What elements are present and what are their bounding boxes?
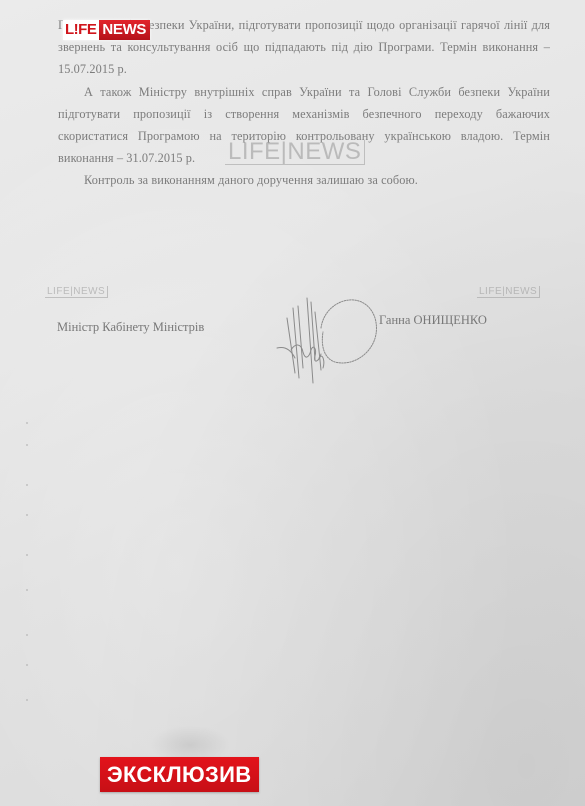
lifenews-logo: L!FE NEWS xyxy=(63,20,150,40)
signatory-name: Ганна ОНИЩЕНКО xyxy=(379,313,487,328)
handwritten-signature-icon xyxy=(265,288,385,388)
watermark-center: LIFE|NEWS xyxy=(225,140,365,165)
watermark-right: LIFE|NEWS xyxy=(477,286,540,298)
logo-news-text: NEWS xyxy=(99,20,150,40)
exclusive-badge: ЭКСКЛЮЗИВ xyxy=(100,757,259,792)
binding-holes-icon xyxy=(24,415,30,715)
logo-life-text: L!FE xyxy=(63,20,99,40)
signatory-title: Міністр Кабінету Міністрів xyxy=(57,320,204,335)
watermark-left: LIFE|NEWS xyxy=(45,286,108,298)
paragraph-control: Контроль за виконанням даного доручення … xyxy=(58,169,550,191)
document-photo: Голові Служби безпеки України, підготува… xyxy=(0,0,585,806)
